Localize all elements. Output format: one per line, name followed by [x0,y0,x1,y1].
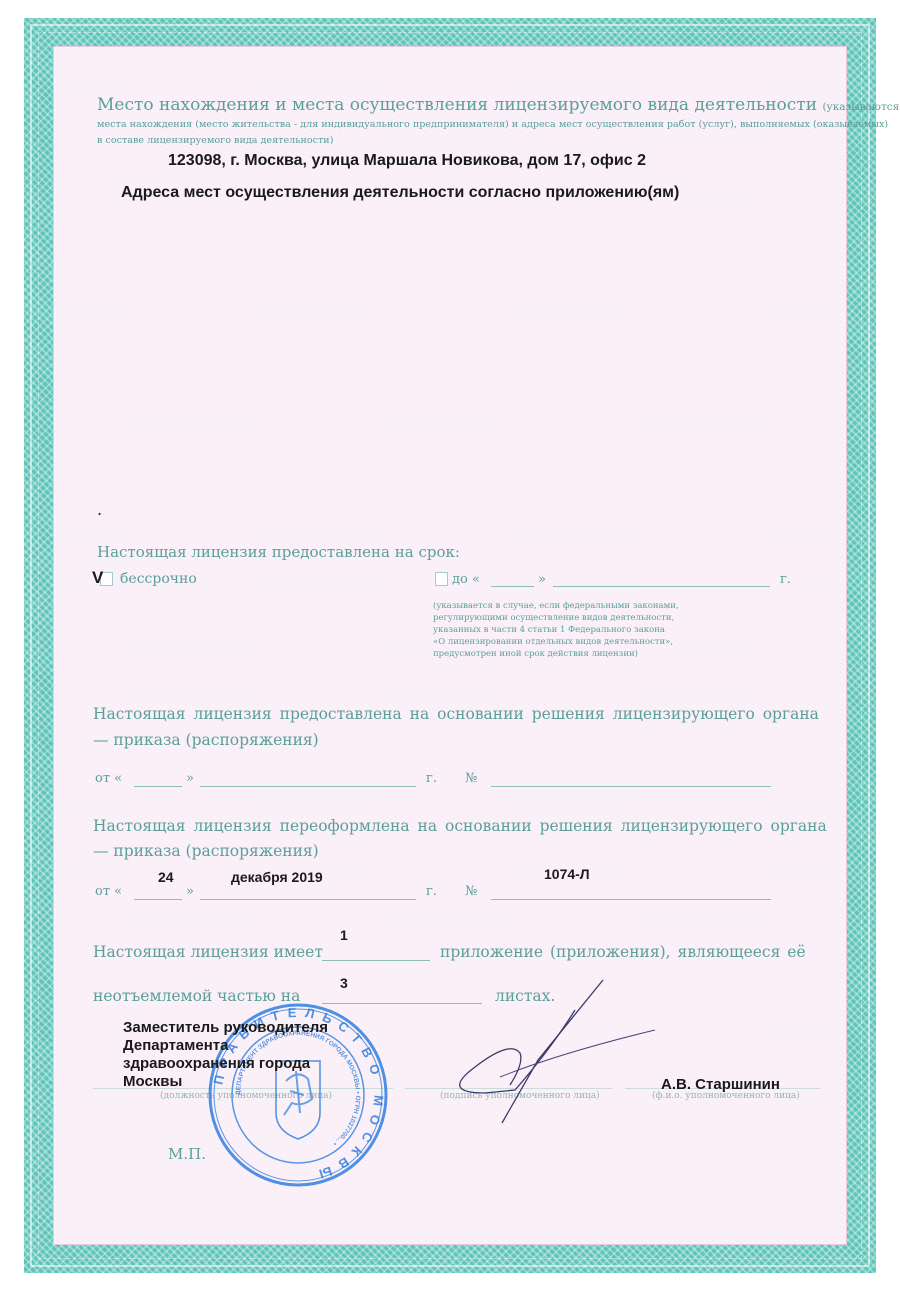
until-day-line [491,586,534,587]
reissued-day-line [134,899,182,900]
until-note-line: указанных в части 4 статьи 1 Федеральног… [433,624,679,636]
location-note-inline: (указываются адрес [822,101,900,113]
position-line-text: здравоохранения города [123,1055,328,1073]
until-mid: » [538,572,546,587]
until-prefix: до « [452,572,480,587]
position-line-text: Москвы [123,1073,328,1091]
appendix-count-line [322,960,430,961]
sheet-count-value: 3 [340,975,348,991]
address-value: 123098, г. Москва, улица Маршала Новиков… [168,152,646,170]
until-note-line: регулирующими осуществление видов деятел… [433,612,679,624]
reissued-date-line [200,899,416,900]
appendix-line1-suffix: приложение (приложения), являющееся её [440,943,806,961]
until-date-line [553,586,770,587]
until-note-line: (указывается в случае, если федеральными… [433,600,679,612]
until-note: (указывается в случае, если федеральными… [433,600,679,660]
reissued-line1: Настоящая лицензия переоформлена на осно… [93,817,827,835]
reissued-number-line [491,899,771,900]
seal-label: М.П. [168,1145,206,1163]
reissued-year-suffix: г. [426,884,437,899]
until-date-checkbox[interactable] [435,572,448,586]
reissued-day-value: 24 [158,869,174,885]
appendix-count-value: 1 [340,927,348,943]
reissued-month-year-value: декабря 2019 [231,869,323,885]
granted-date-line [200,786,416,787]
handwritten-signature-icon [420,975,660,1125]
until-year-suffix: г. [780,572,791,587]
appendix-line1-prefix: Настоящая лицензия имеет [93,943,323,961]
granted-number-line [491,786,771,787]
location-note-line3: в составе лицензируемого вида деятельнос… [97,133,333,148]
stray-dot: . [97,500,102,519]
position-line-text: Департамента [123,1037,328,1055]
reissued-number-value: 1074-Л [544,866,590,882]
perpetual-label: бессрочно [120,571,197,587]
granted-line1: Настоящая лицензия предоставлена на осно… [93,705,819,723]
signatory-name: А.В. Старшинин [661,1076,780,1093]
reissued-number-label: № [465,884,477,899]
term-heading: Настоящая лицензия предоставлена на срок… [97,543,460,561]
reissued-line2: — приказа (распоряжения) [93,842,319,860]
position-line-text: Заместитель руководителя [123,1019,328,1037]
check-mark-icon: V [92,568,103,588]
granted-from-mid: » [186,771,194,786]
granted-line2: — приказа (распоряжения) [93,731,319,749]
until-note-line: предусмотрен иной срок действия лицензии… [433,648,679,660]
granted-year-suffix: г. [426,771,437,786]
granted-from-prefix: от « [95,771,122,786]
position-text: Заместитель руководителя Департамента зд… [123,1019,328,1091]
location-heading: Место нахождения и места осуществления л… [97,95,900,115]
reissued-from-mid: » [186,884,194,899]
granted-number-label: № [465,771,477,786]
location-heading-text: Место нахождения и места осуществления л… [97,95,817,115]
activity-addresses-value: Адреса мест осуществления деятельности с… [121,184,679,202]
reissued-from-prefix: от « [95,884,122,899]
granted-day-line [134,786,182,787]
until-note-line: «О лицензировании отдельных видов деятел… [433,636,679,648]
location-note-line2: места нахождения (место жительства - для… [97,117,888,132]
